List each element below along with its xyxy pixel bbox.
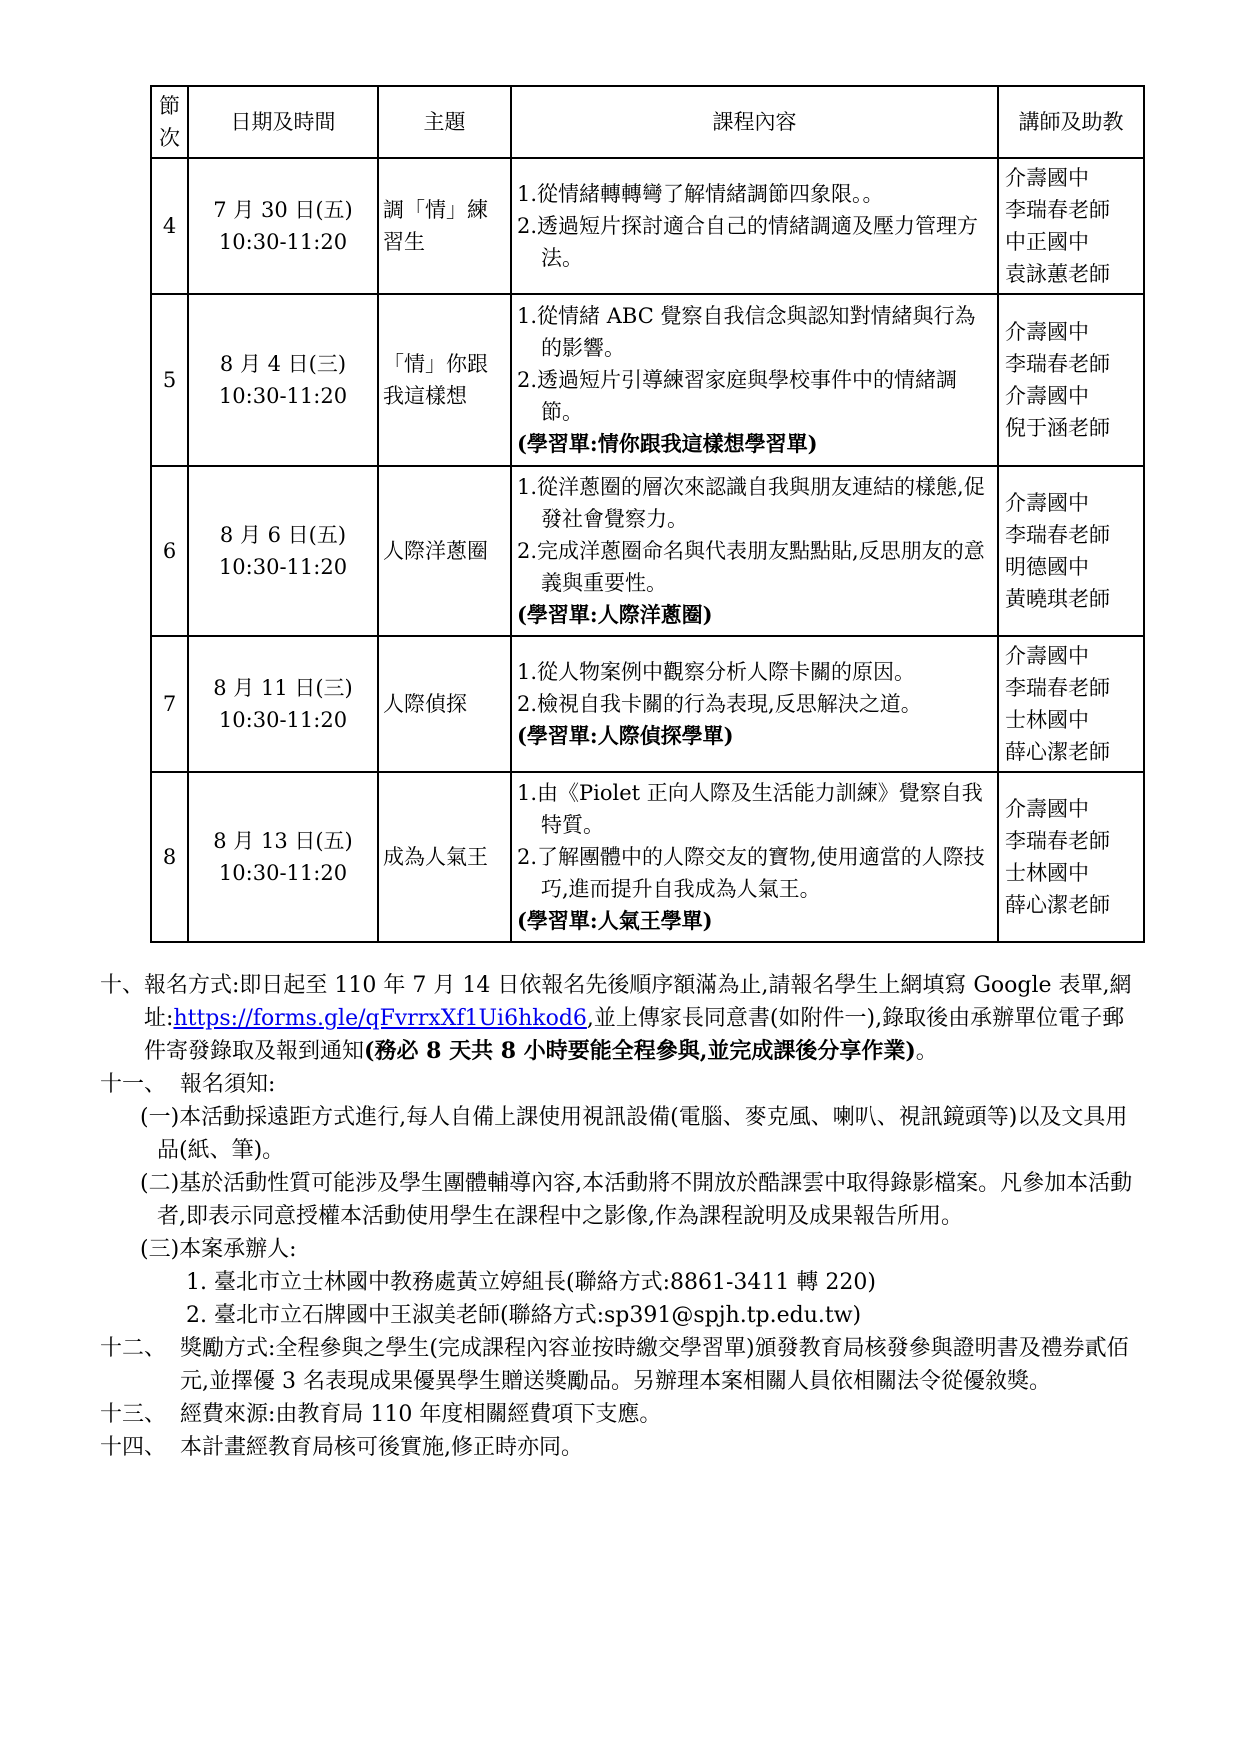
date-time-cell: 7 月 30 日(五) 10:30-11:20: [188, 158, 378, 294]
instructor-line: 李瑞春老師: [1005, 194, 1141, 226]
section-14-label: 十四、: [100, 1431, 180, 1464]
item-2-label: (二): [140, 1171, 179, 1196]
instructor-line: 袁詠蕙老師: [1005, 258, 1141, 290]
topic-cell: 「情」你跟我這樣想: [378, 294, 511, 466]
instructor-line: 介壽國中: [1005, 640, 1141, 672]
section-10-bold: (務必 8 天共 8 小時要能全程參與,並完成課後分享作業): [364, 1038, 916, 1064]
header-content: 課程內容: [511, 86, 998, 158]
date-time-cell: 8 月 13 日(五) 10:30-11:20: [188, 772, 378, 942]
section-13-label: 十三、: [100, 1398, 180, 1431]
time-text: 10:30-11:20: [195, 380, 371, 412]
section-11-item-2: (二)基於活動性質可能涉及學生團體輔導內容,本活動將不開放於酷課雲中取得錄影檔案…: [100, 1167, 1145, 1233]
content-item: 2.了解團體中的人際交友的寶物,使用適當的人際技巧,進而提升自我成為人氣王。: [517, 841, 993, 905]
date-time-cell: 8 月 11 日(三) 10:30-11:20: [188, 636, 378, 772]
content-cell: 1.從情緒轉轉彎了解情緒調節四象限。。 2.透過短片探討適合自己的情緒調適及壓力…: [511, 158, 998, 294]
table-row: 6 8 月 6 日(五) 10:30-11:20 人際洋蔥圈 1.從洋蔥圈的層次…: [151, 466, 1144, 636]
instructor-line: 明德國中: [1005, 551, 1141, 583]
topic-cell: 調「情」練習生: [378, 158, 511, 294]
section-11-item-3: (三)本案承辦人:: [100, 1233, 1145, 1266]
instructor-line: 士林國中: [1005, 857, 1141, 889]
item-1-text: 本活動採遠距方式進行,每人自備上課使用視訊設備(電腦、麥克風、喇叭、視訊鏡頭等)…: [157, 1105, 1127, 1163]
header-date-time: 日期及時間: [188, 86, 378, 158]
worksheet-note: (學習單:人氣王學單): [517, 905, 993, 937]
time-text: 10:30-11:20: [195, 226, 371, 258]
item-3-label: (三): [140, 1237, 179, 1262]
content-item: 1.從情緒 ABC 覺察自我信念與認知對情緒與行為的影響。: [517, 300, 993, 364]
course-schedule-table: 節次 日期及時間 主題 課程內容 講師及助教 4 7 月 30 日(五) 10:…: [150, 85, 1145, 943]
contact-person-1: 1. 臺北市立士林國中教務處黃立婷組長(聯絡方式:8861-3411 轉 220…: [186, 1266, 1145, 1299]
session-number: 6: [151, 466, 188, 636]
instructor-line: 介壽國中: [1005, 487, 1141, 519]
date-time-cell: 8 月 4 日(三) 10:30-11:20: [188, 294, 378, 466]
content-cell: 1.從情緒 ABC 覺察自我信念與認知對情緒與行為的影響。 2.透過短片引導練習…: [511, 294, 998, 466]
session-number: 7: [151, 636, 188, 772]
topic-cell: 人際洋蔥圈: [378, 466, 511, 636]
section-12-text: 獎勵方式:全程參與之學生(完成課程內容並按時繳交學習單)頒發教育局核發參與證明書…: [180, 1332, 1145, 1398]
topic-cell: 成為人氣王: [378, 772, 511, 942]
notes-block: 十、 報名方式:即日起至 110 年 7 月 14 日依報名先後順序額滿為止,請…: [100, 969, 1145, 1464]
topic-cell: 人際偵探: [378, 636, 511, 772]
time-text: 10:30-11:20: [195, 551, 371, 583]
instructor-line: 李瑞春老師: [1005, 519, 1141, 551]
content-item: 2.透過短片引導練習家庭與學校事件中的情緒調節。: [517, 364, 993, 428]
content-item: 1.由《Piolet 正向人際及生活能力訓練》覺察自我特質。: [517, 777, 993, 841]
header-instructors: 講師及助教: [998, 86, 1144, 158]
content-item: 2.透過短片探討適合自己的情緒調適及壓力管理方法。: [517, 210, 993, 274]
contact-person-2: 2. 臺北市立石牌國中王淑美老師(聯絡方式:sp391@spjh.tp.edu.…: [186, 1299, 1145, 1332]
section-12-rewards: 十二、 獎勵方式:全程參與之學生(完成課程內容並按時繳交學習單)頒發教育局核發參…: [100, 1332, 1145, 1398]
instructor-line: 李瑞春老師: [1005, 825, 1141, 857]
content-item: 1.從洋蔥圈的層次來認識自我與朋友連結的樣態,促發社會覺察力。: [517, 471, 993, 535]
instructor-line: 介壽國中: [1005, 793, 1141, 825]
section-10-registration: 十、 報名方式:即日起至 110 年 7 月 14 日依報名先後順序額滿為止,請…: [100, 969, 1145, 1068]
table-row: 7 8 月 11 日(三) 10:30-11:20 人際偵探 1.從人物案例中觀…: [151, 636, 1144, 772]
section-13-funding: 十三、 經費來源:由教育局 110 年度相關經費項下支應。: [100, 1398, 1145, 1431]
worksheet-note: (學習單:人際洋蔥圈): [517, 599, 993, 631]
section-13-text: 經費來源:由教育局 110 年度相關經費項下支應。: [180, 1398, 1145, 1431]
worksheet-note: (學習單:情你跟我這樣想學習單): [517, 428, 993, 460]
date-text: 8 月 6 日(五): [195, 519, 371, 551]
instructor-line: 介壽國中: [1005, 316, 1141, 348]
content-item: 2.檢視自我卡關的行為表現,反思解決之道。: [517, 688, 993, 720]
section-14-text: 本計畫經教育局核可後實施,修正時亦同。: [180, 1431, 1145, 1464]
document-page: 節次 日期及時間 主題 課程內容 講師及助教 4 7 月 30 日(五) 10:…: [0, 0, 1240, 1754]
instructor-line: 李瑞春老師: [1005, 672, 1141, 704]
content-cell: 1.由《Piolet 正向人際及生活能力訓練》覺察自我特質。 2.了解團體中的人…: [511, 772, 998, 942]
section-10-post: 。: [916, 1039, 938, 1064]
table-row: 4 7 月 30 日(五) 10:30-11:20 調「情」練習生 1.從情緒轉…: [151, 158, 1144, 294]
date-text: 8 月 13 日(五): [195, 825, 371, 857]
session-number: 8: [151, 772, 188, 942]
section-11-title: 報名須知:: [180, 1068, 1145, 1101]
session-number: 5: [151, 294, 188, 466]
table-row: 5 8 月 4 日(三) 10:30-11:20 「情」你跟我這樣想 1.從情緒…: [151, 294, 1144, 466]
section-10-label: 十、: [100, 969, 144, 1068]
table-header-row: 節次 日期及時間 主題 課程內容 講師及助教: [151, 86, 1144, 158]
section-11-item-1: (一)本活動採遠距方式進行,每人自備上課使用視訊設備(電腦、麥克風、喇叭、視訊鏡…: [100, 1101, 1145, 1167]
date-text: 8 月 11 日(三): [195, 672, 371, 704]
time-text: 10:30-11:20: [195, 857, 371, 889]
time-text: 10:30-11:20: [195, 704, 371, 736]
instructor-line: 介壽國中: [1005, 380, 1141, 412]
section-12-label: 十二、: [100, 1332, 180, 1398]
instructor-line: 薛心潔老師: [1005, 889, 1141, 921]
instructor-line: 倪于涵老師: [1005, 412, 1141, 444]
instructor-line: 介壽國中: [1005, 162, 1141, 194]
header-topic: 主題: [378, 86, 511, 158]
instructors-cell: 介壽國中 李瑞春老師 介壽國中 倪于涵老師: [998, 294, 1144, 466]
instructor-line: 李瑞春老師: [1005, 348, 1141, 380]
content-cell: 1.從洋蔥圈的層次來認識自我與朋友連結的樣態,促發社會覺察力。 2.完成洋蔥圈命…: [511, 466, 998, 636]
content-item: 1.從人物案例中觀察分析人際卡關的原因。: [517, 656, 993, 688]
section-11-instructions: 十一、 報名須知:: [100, 1068, 1145, 1101]
instructors-cell: 介壽國中 李瑞春老師 士林國中 薛心潔老師: [998, 772, 1144, 942]
date-text: 8 月 4 日(三): [195, 348, 371, 380]
instructor-line: 薛心潔老師: [1005, 736, 1141, 768]
instructors-cell: 介壽國中 李瑞春老師 中正國中 袁詠蕙老師: [998, 158, 1144, 294]
registration-form-link[interactable]: https://forms.gle/qFvrrxXf1Ui6hkod6: [173, 1006, 586, 1031]
item-3-text: 本案承辦人:: [179, 1237, 296, 1262]
instructor-line: 士林國中: [1005, 704, 1141, 736]
worksheet-note: (學習單:人際偵探學單): [517, 720, 993, 752]
instructor-line: 中正國中: [1005, 226, 1141, 258]
session-number: 4: [151, 158, 188, 294]
date-text: 7 月 30 日(五): [195, 194, 371, 226]
header-session: 節次: [151, 86, 188, 158]
table-row: 8 8 月 13 日(五) 10:30-11:20 成為人氣王 1.由《Piol…: [151, 772, 1144, 942]
content-item: 2.完成洋蔥圈命名與代表朋友點點貼,反思朋友的意義與重要性。: [517, 535, 993, 599]
content-cell: 1.從人物案例中觀察分析人際卡關的原因。 2.檢視自我卡關的行為表現,反思解決之…: [511, 636, 998, 772]
item-1-label: (一): [140, 1105, 179, 1130]
section-10-text: 報名方式:即日起至 110 年 7 月 14 日依報名先後順序額滿為止,請報名學…: [144, 969, 1145, 1068]
instructor-line: 黃曉琪老師: [1005, 583, 1141, 615]
section-14-approval: 十四、 本計畫經教育局核可後實施,修正時亦同。: [100, 1431, 1145, 1464]
date-time-cell: 8 月 6 日(五) 10:30-11:20: [188, 466, 378, 636]
instructors-cell: 介壽國中 李瑞春老師 士林國中 薛心潔老師: [998, 636, 1144, 772]
instructors-cell: 介壽國中 李瑞春老師 明德國中 黃曉琪老師: [998, 466, 1144, 636]
item-2-text: 基於活動性質可能涉及學生團體輔導內容,本活動將不開放於酷課雲中取得錄影檔案。凡參…: [157, 1171, 1132, 1229]
content-item: 1.從情緒轉轉彎了解情緒調節四象限。。: [517, 178, 993, 210]
section-11-label: 十一、: [100, 1068, 180, 1101]
